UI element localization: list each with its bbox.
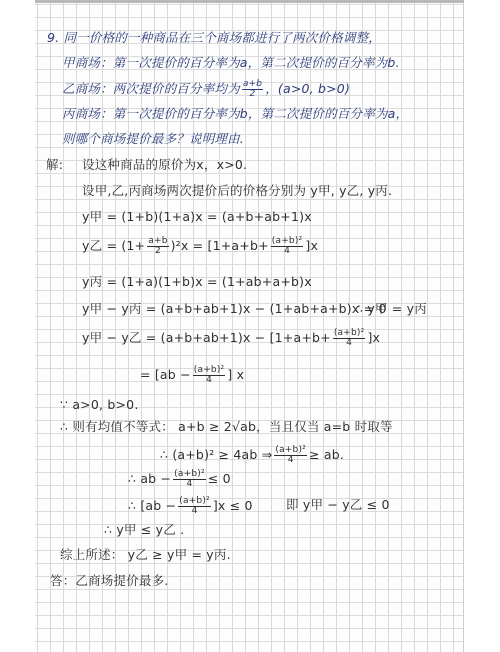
equation-y-bing: y丙 = (1+a)(1+b)x = (1+ab+a+b)x [82, 274, 312, 290]
inequality-step-2: ∴ [ab −(a+b)²4]x ≤ 0 [128, 497, 253, 516]
condition-ab-positive: ∵ a>0, b>0. [60, 397, 139, 413]
problem-line-3: 乙商场：两次提价的百分率均为a+b2，(a>0, b>0) [62, 80, 350, 99]
problem-line-1: 9. 同一价格的一种商品在三个商场都进行了两次价格调整， [47, 30, 381, 46]
fraction: (a+b)²4 [333, 329, 366, 348]
problem-line-2: 甲商场：第一次提价的百分率为a，第二次提价的百分率为b. [62, 55, 400, 71]
solution-line-1: 设这种商品的原价为x，x>0. [82, 157, 247, 173]
equation-y-yi: y乙 = (1+a+b2)²x = [1+a+b+(a+b)²4]x [82, 237, 318, 256]
problem-line-3-tail: ，(a>0, b>0) [265, 81, 350, 96]
paper-top-edge [35, 0, 464, 3]
fraction: (a+b)²4 [178, 497, 211, 516]
equation-diff-jia-yi: y甲 − y乙 = (a+b+ab+1)x − [1+a+b+(a+b)²4]x [82, 329, 380, 348]
problem-line-3-text: 乙商场：两次提价的百分率均为 [62, 81, 240, 96]
conclusion-jia-le-yi: ∴ y甲 ≤ y乙 . [104, 522, 184, 538]
conclusion-jia-eq-bing: ∴ y甲 = y丙 [355, 301, 427, 317]
summary-line: 综上所述： y乙 ≥ y甲 = y丙. [60, 547, 231, 563]
fraction: (a+b)²4 [274, 446, 307, 465]
fraction: a+b2 [147, 237, 168, 256]
problem-line-4: 丙商场：第一次提价的百分率为b，第二次提价的百分率为a， [62, 106, 408, 122]
fraction: (a+b)²4 [271, 237, 304, 256]
inequality-derivation: ∴ (a+b)² ≥ 4ab ⇒(a+b)²4≥ ab. [160, 446, 344, 465]
inequality-step-1: ∴ ab −(a+b)²4≤ 0 [128, 470, 231, 489]
equation-y-jia: y甲 = (1+b)(1+a)x = (a+b+ab+1)x [82, 209, 312, 225]
fraction: a+b2 [242, 80, 263, 99]
solution-label: 解: [46, 157, 63, 173]
fraction: (a+b)²4 [193, 366, 226, 385]
problem-line-5: 则哪个商场提价最多？说明理由. [62, 131, 244, 147]
inequality-conclusion: 即 y甲 − y乙 ≤ 0 [286, 497, 390, 513]
equation-diff-jia-bing: y甲 − y丙 = (a+b+ab+1)x − (1+ab+a+b)x = 0 [82, 301, 387, 317]
fraction: (a+b)²4 [173, 470, 206, 489]
final-answer: 答：乙商场提价最多. [50, 573, 168, 589]
equation-simplified: = [ab −(a+b)²4] x [140, 366, 244, 385]
am-gm-inequality: ∴ 则有均值不等式： a+b ≥ 2√ab，当且仅当 a=b 时取等 [60, 419, 393, 435]
solution-line-2: 设甲,乙,丙商场两次提价后的价格分别为 y甲, y乙, y丙. [82, 183, 392, 199]
